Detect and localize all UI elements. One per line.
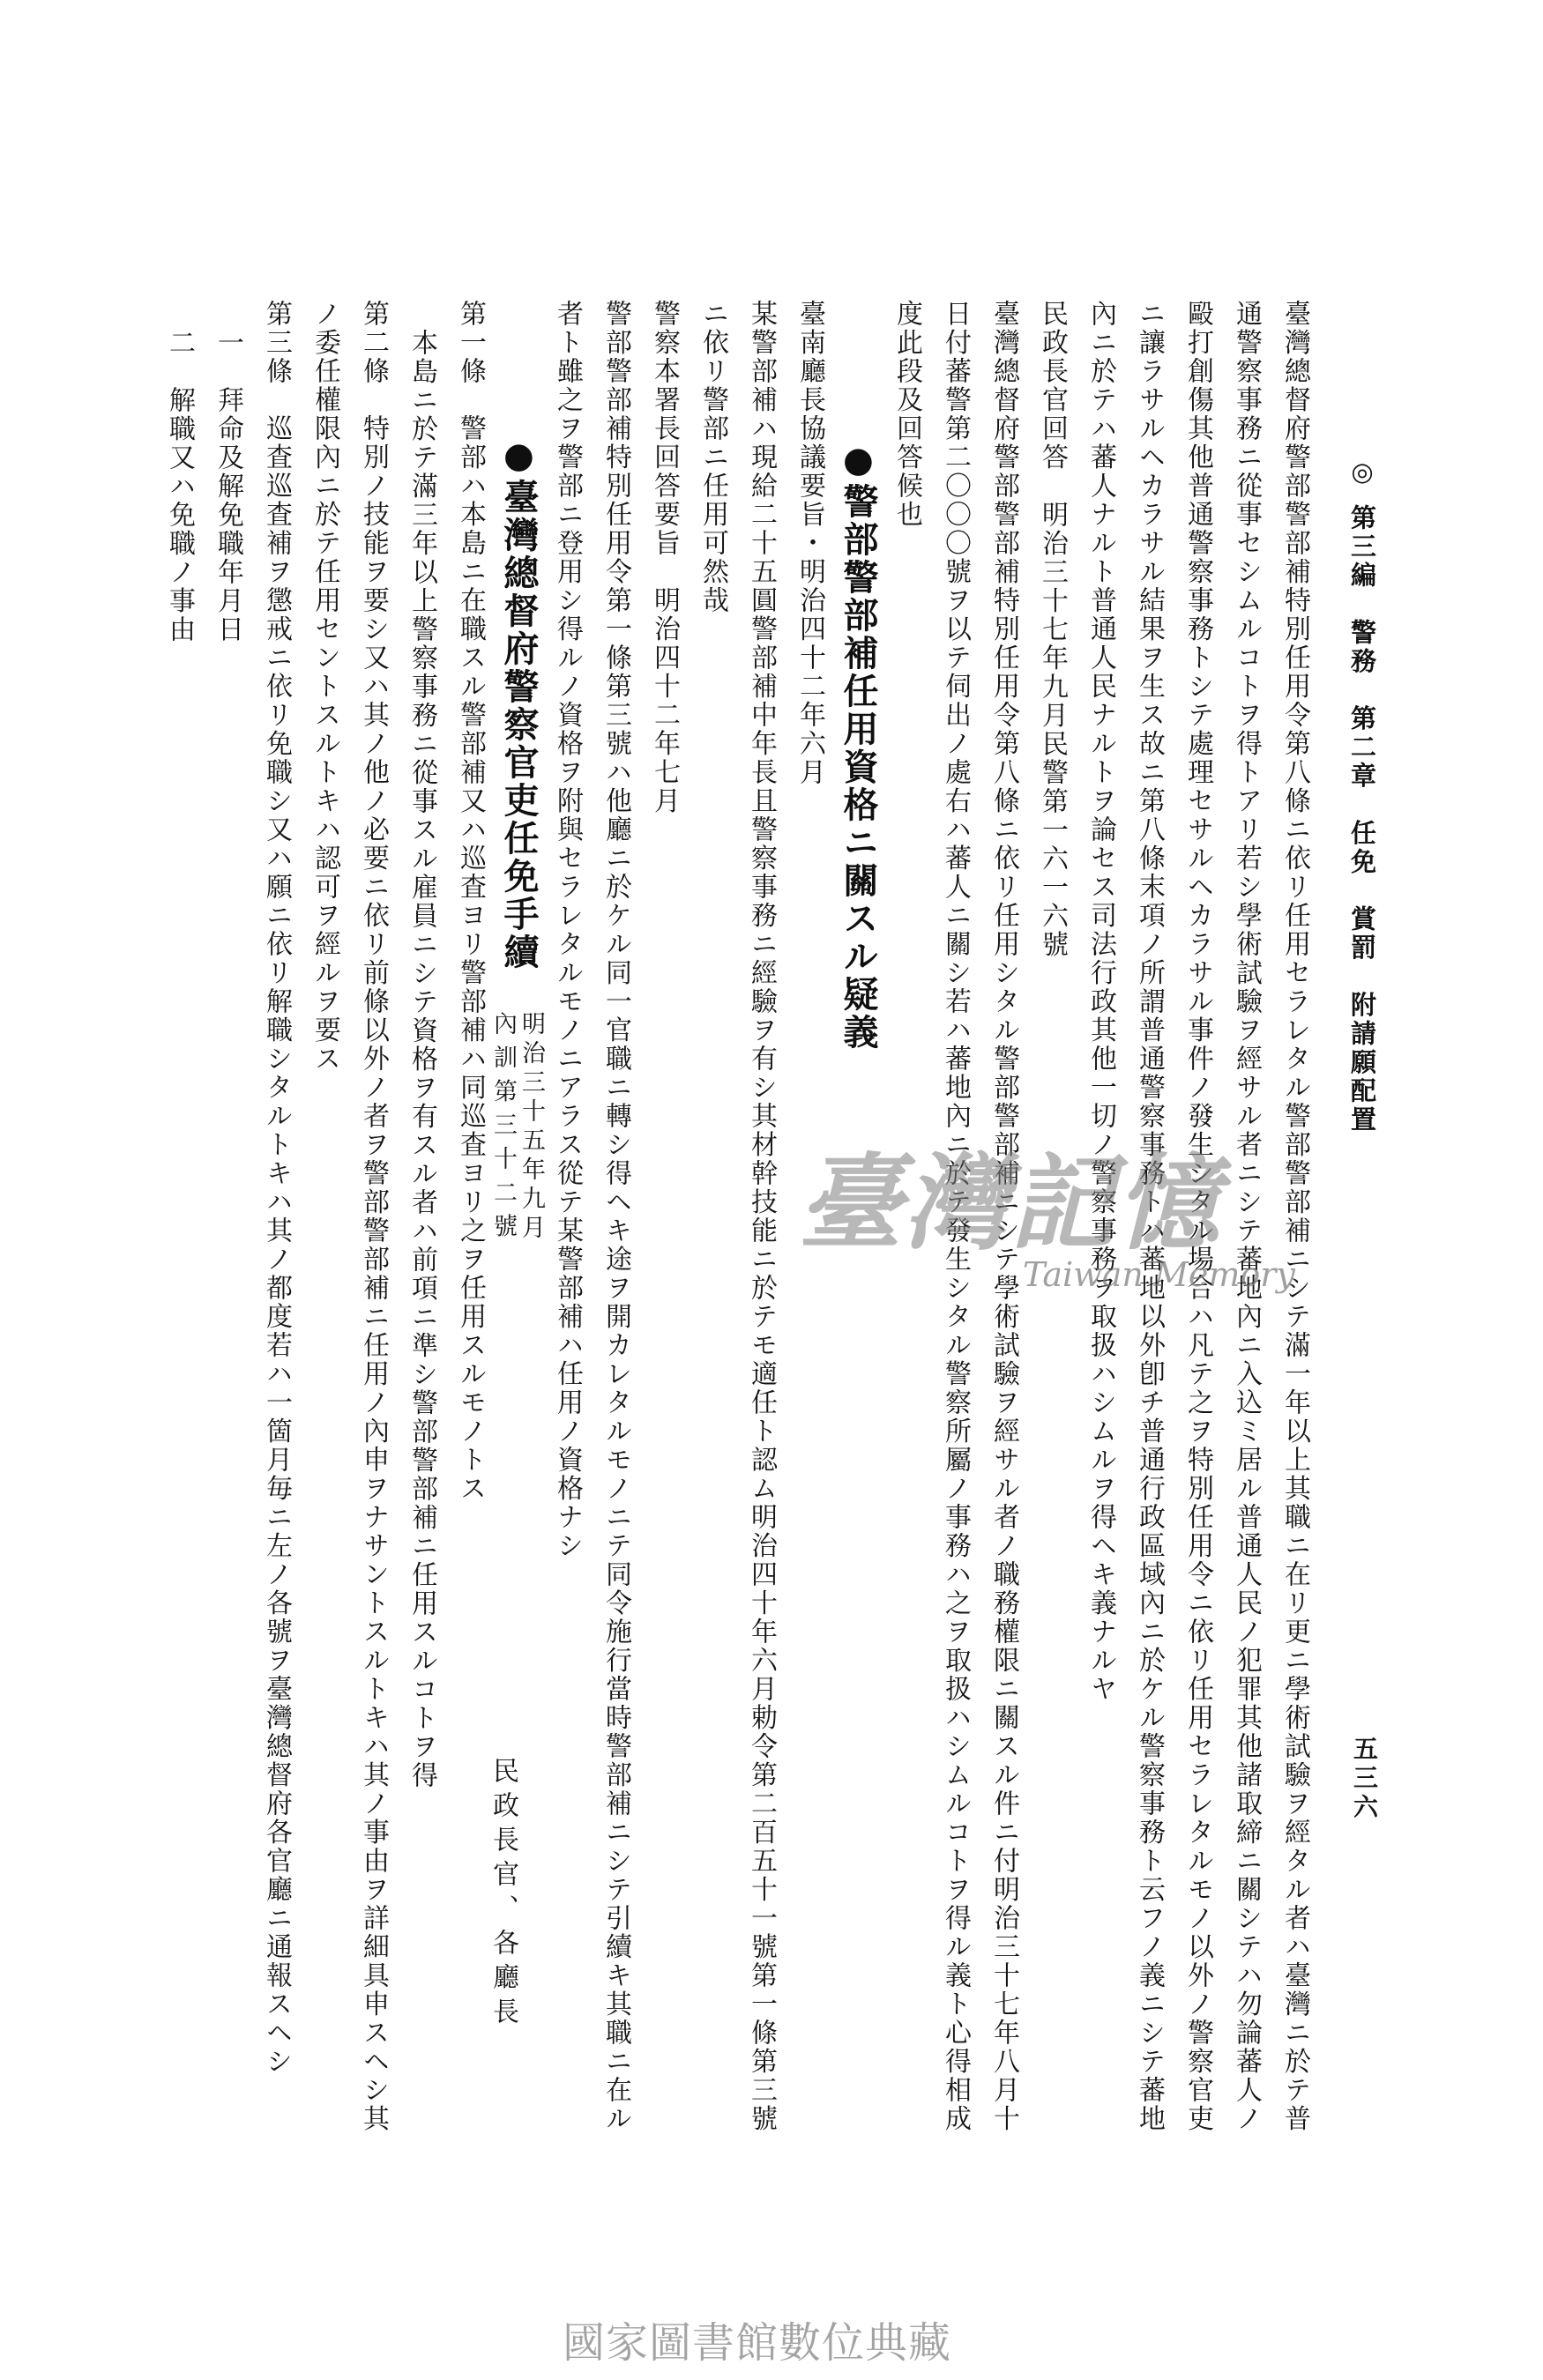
library-collection-footer: 國家圖書館數位典藏: [563, 2318, 951, 2368]
item-number: 二: [164, 329, 195, 358]
text-column: ニ依リ警部ニ任用可然哉: [699, 300, 726, 615]
running-head-text: 第三編 警務 第二章 任免 賞罰 附請願配置: [1347, 504, 1377, 1134]
text-column: 某警部補ハ現給二十五圓警部補中年長且警察事務ニ經驗ヲ有シ其材幹技能ニ於テモ適任ト…: [748, 300, 774, 2133]
text-column: 者ト雖之ヲ警部ニ登用シ得ルノ資格ヲ附與セラレタルモノニアラス從テ某警部補ハ任用ノ…: [554, 300, 580, 1560]
text-column: 臺灣總督府警部警部補特別任用令第八條ニ依リ任用シタル警部警部補ニシテ學術試驗ヲ經…: [990, 300, 1017, 2133]
section-heading-qualification: ●警部警部補任用資格ニ關スル疑義: [840, 439, 876, 1052]
reply-date-ref: 明治三十七年九月民警第一六一六號: [1037, 501, 1068, 959]
article-label: 第三條: [261, 300, 292, 386]
article-3-item-2: 二解職又ハ免職ノ事由: [166, 329, 192, 644]
text-column: 內ニ於テハ蕃人ナルト普通人民ナルトヲ論セス司法行政其他一切ノ警察事務ヲ取扱ハシム…: [1087, 300, 1114, 1704]
item-text: 拜命及解免職年月日: [212, 386, 243, 644]
text-column: 度此段及回答候也: [893, 300, 920, 529]
procedure-addressee: 民政長官、各廳長: [489, 1757, 516, 2032]
reply-title: 民政長官回答: [1037, 300, 1068, 472]
text-column: 通警察事務ニ從事セシムルコトヲ得トアリ若シ學術試驗ヲ經サル者ニシテ蕃地內ニ入込ミ…: [1233, 300, 1259, 2133]
article-label: 第一條: [455, 300, 486, 386]
scanned-document-page: ◎第三編 警務 第二章 任免 賞罰 附請願配置 五三六 臺灣總督府警部警部補特別…: [0, 0, 1543, 2380]
article-text: 警部ハ本島ニ在職スル警部補又ハ巡査ヨリ警部補ハ同巡査ヨリ之ヲ任用スルモノトス: [455, 414, 486, 1503]
consultation-date: 明治四十二年六月: [794, 558, 825, 787]
article-1-column: 第一條警部ハ本島ニ在職スル警部補又ハ巡査ヨリ警部補ハ同巡査ヨリ之ヲ任用スルモノト…: [457, 300, 483, 1503]
answer-date: 明治四十二年七月: [649, 586, 680, 815]
text-column: 警部警部補特別任用令第一條第三號ハ他廳ニ於ケル同一官職ニ轉シ得ヘキ途ヲ開カレタル…: [602, 300, 629, 2133]
article-3-item-1: 一拜命及解免職年月日: [214, 329, 241, 644]
answer-header-column: 警察本署長回答要旨明治四十二年七月: [651, 300, 677, 815]
text-column: 毆打創傷其他普通警察事務トシテ處理セサルヘカラサル事件ノ發生シタル場合ハ凡テ之ヲ…: [1184, 300, 1211, 2133]
consultation-title: 臺南廳長協議要旨・: [794, 300, 825, 558]
text-column: 日付蕃警第二〇〇〇號ヲ以テ伺出ノ處右ハ蕃人ニ關シ若ハ蕃地內ニ於テ發生シタル警察所…: [942, 300, 968, 2133]
article-text: 巡査巡査補ヲ懲戒ニ依リ免職シ又ハ願ニ依リ解職シタルトキハ其ノ都度若ハ一箇月毎ニ左…: [261, 414, 292, 2076]
text-column: ノ委任權限內ニ於テ任用セントスルトキハ認可ヲ經ルヲ要ス: [311, 300, 338, 1074]
running-head: ◎第三編 警務 第二章 任免 賞罰 附請願配置: [1349, 457, 1375, 1134]
article-text: 特別ノ技能ヲ要シ又ハ其ノ他ノ必要ニ依リ前條以外ノ者ヲ警部警部補ニ任用ノ內申ヲナサ…: [358, 414, 389, 2133]
article-1-paragraph-2: 本島ニ於テ滿三年以上警察事務ニ從事スル雇員ニシテ資格ヲ有スル者ハ前項ニ準シ警部警…: [408, 329, 435, 1790]
reply-header-column: 民政長官回答明治三十七年九月民警第一六一六號: [1039, 300, 1065, 959]
text-column: 臺灣總督府警部警部補特別任用令第八條ニ依リ任用セラレタル警部警部補ニシテ滿一年以…: [1281, 300, 1308, 2133]
procedure-directive-number: 內訓第三十二號: [491, 1011, 515, 1247]
article-label: 第二條: [358, 300, 389, 386]
article-2-column: 第二條特別ノ技能ヲ要シ又ハ其ノ他ノ必要ニ依リ前條以外ノ者ヲ警部警部補ニ任用ノ內申…: [360, 300, 386, 2133]
item-text: 解職又ハ免職ノ事由: [164, 386, 195, 644]
procedure-date: 明治三十五年九月: [519, 1011, 543, 1244]
double-circle-icon: ◎: [1347, 457, 1377, 490]
consultation-header-column: 臺南廳長協議要旨・明治四十二年六月: [796, 300, 823, 787]
answer-title: 警察本署長回答要旨: [649, 300, 680, 558]
text-column: ニ讓ラサルヘカラサル結果ヲ生ス故ニ第八條末項ノ所謂普通警察事務トハ蕃地以外卽チ普…: [1136, 300, 1162, 2133]
page-number: 五三六: [1352, 1736, 1376, 1823]
section-heading-procedure: ●臺灣總督府警察官吏任免手續: [501, 435, 536, 971]
article-3-column: 第三條巡査巡査補ヲ懲戒ニ依リ免職シ又ハ願ニ依リ解職シタルトキハ其ノ都度若ハ一箇月…: [263, 300, 289, 2076]
item-number: 一: [212, 329, 243, 358]
